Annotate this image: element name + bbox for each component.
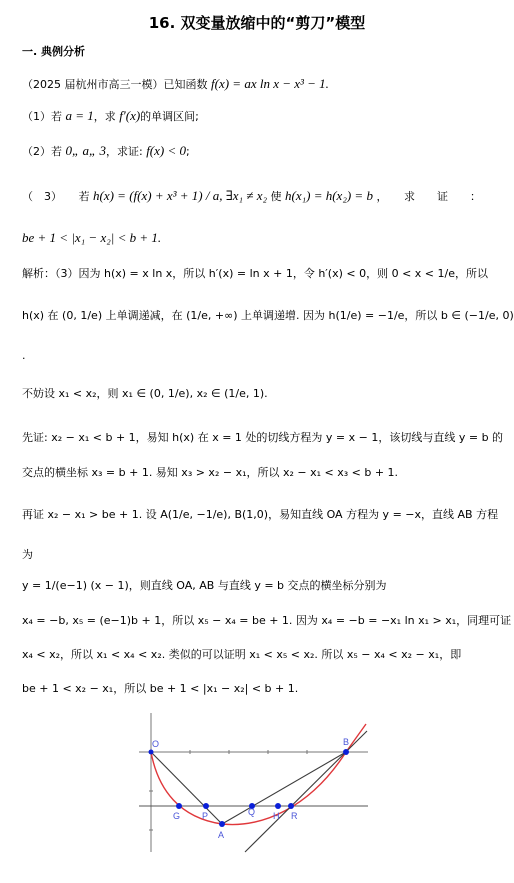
point-B [343, 749, 349, 755]
tangent-line [245, 731, 367, 852]
label-H: H [273, 811, 280, 821]
label-B: B [343, 737, 349, 747]
point-R [288, 803, 294, 809]
label-Q: Q [248, 807, 255, 817]
point-A [219, 821, 225, 827]
label-A: A [218, 830, 224, 840]
label-G: G [173, 811, 180, 821]
scissors-model-figure: O B G P Q H R A [0, 0, 514, 883]
line-OA [151, 752, 222, 824]
label-O: O [152, 739, 159, 749]
label-R: R [291, 811, 298, 821]
point-P [203, 803, 209, 809]
curve-h [151, 724, 366, 824]
point-O [149, 750, 154, 755]
label-P: P [202, 811, 208, 821]
point-G [176, 803, 182, 809]
point-H [275, 803, 281, 809]
